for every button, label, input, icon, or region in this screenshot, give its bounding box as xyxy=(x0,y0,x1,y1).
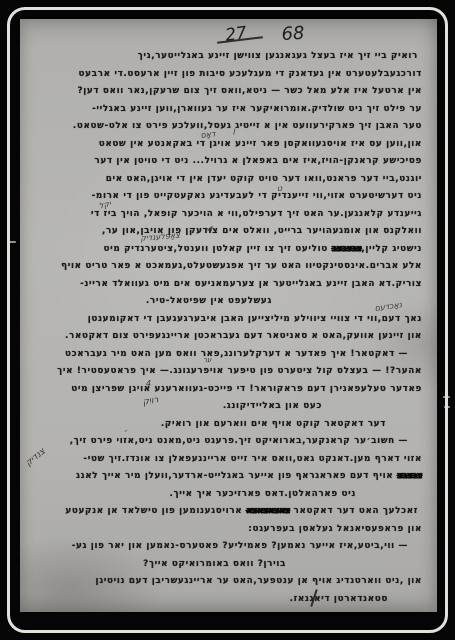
photo-scan: רואיק ביי זיך איז בעצל געגאנגען צווישן ז… xyxy=(0,0,455,640)
document-line: צוריק.דא האבן זיינע באגלייטער אן צערעמאנ… xyxy=(28,276,422,294)
document-line: און זיינען אוועק,האט א סאניטאר דעם געברא… xyxy=(28,328,422,346)
document-line: דער דאקטאר קוקט אויף אים ווארעם און רואי… xyxy=(28,416,422,434)
typed-text: — חשוב׳ער קראנקער,בארואיקט זיך.פרעגט ניט… xyxy=(70,436,408,446)
document-line: יוגנט,ביי דער פראנט,וואו דער טויט קוקט י… xyxy=(28,171,422,189)
document-line: סטאנדארטן דיאגנאז. xyxy=(28,591,422,609)
document-line: פסיכישע קראנקן-הויז,איז אים באפאלן א גרו… xyxy=(28,153,422,171)
typed-text: וואלקנס און אומגעהויער ברייט, וואלט אים … xyxy=(102,226,422,236)
typed-text: כעס און באליידיקונג. xyxy=(223,401,322,411)
typed-text: טוליעט זיך צו זיין קאלטן ווענטל,ציטערנדי… xyxy=(104,244,332,254)
typed-text: אזוי דארף מען.דאנקט גאט,וואס איר זייט אר… xyxy=(83,454,422,464)
document-line: נאך דעם,ווי די צוויי ציווילע מיליצייען ה… xyxy=(28,311,422,329)
film-mark xyxy=(443,396,450,398)
document-line: אלע אברים.אינסטינקטיוו האט ער זיך אפגעשט… xyxy=(28,258,422,276)
typed-text: דורכגעבלעטערט אין געדאנק די מעגלעכע סיבו… xyxy=(78,69,422,79)
typed-text: — ווי,ביטע,איז אייער נאמען? פאמיליע? פאט… xyxy=(72,541,408,551)
document-line: רואיק ביי זיך איז בעצל געגאנגען צווישן ז… xyxy=(28,48,422,66)
document-line: וואלקנס און אומגעהויער ברייט, וואלט אים … xyxy=(28,223,422,241)
document-line: געשלעפט אין שפיטאל-טיר. xyxy=(28,293,422,311)
typed-text: ארויסגענומען פון טישלאד אן אנקעטע xyxy=(65,506,246,516)
typed-text: אלע אברים.אינסטינקטיוו האט ער זיך אפגעשט… xyxy=(61,261,422,271)
typed-text: ניט דערשיטערט אזוי,ווי זייענדיק די לעבעד… xyxy=(92,191,422,201)
typed-text: און פראפעסיאנאל געלאסן בעפרעגט: xyxy=(248,524,422,534)
document-line: אהער?! — בעצלס קול ציטערט פון טיפער אויפ… xyxy=(28,363,422,381)
typed-text: נאך דעם,ווי די צוויי ציווילע מיליצייען ה… xyxy=(88,314,422,324)
typed-text: פסיכישע קראנקן-הויז,איז אים באפאלן א גרו… xyxy=(94,156,422,166)
document-line: ער פילט זיך ניט שולדיק.אומרואיקער איז ער… xyxy=(28,101,422,119)
document-line: אזוי דארף מען.דאנקט גאט,וואס איר זייט אר… xyxy=(28,451,422,469)
typed-over-strike: צאצאצאצא xyxy=(246,506,290,516)
document-line: דורכגעבלעטערט אין געדאנק די מעגלעכע סיבו… xyxy=(28,66,422,84)
document-line: טער האבן זיך פארקירעוועט אין א זייטיג גע… xyxy=(28,118,422,136)
document-line: בוירן? וואס באומרואיקט אייך? xyxy=(28,556,422,574)
typed-text: צוריק.דא האבן זיינע באגלייטער אן צערעמאנ… xyxy=(80,279,422,289)
typed-text: אהער?! — בעצלס קול ציטערט פון טיפער אויפ… xyxy=(57,366,422,376)
document-line: און,ווען עס איז אויסגעוואקסן פאר זיינע א… xyxy=(28,136,422,154)
typed-over-strike: צבצבצ xyxy=(397,471,422,481)
typed-text: אין ארטעל איז אלע מאל כשר — ניטא,וואס זי… xyxy=(77,86,422,96)
typed-text: — דאקטאר! איך פאדער א דערקלערונג,פאר ווא… xyxy=(65,349,408,359)
typed-text: סטאנדארטן דיאגנאז. xyxy=(290,594,388,604)
typed-text: דער דאקטאר קוקט אויף אים ווארעם און רואי… xyxy=(161,419,386,429)
film-mark xyxy=(8,241,16,243)
document-line: און ,ניט ווארטנדיג אויף אן ענטפער,האט ער… xyxy=(28,573,422,591)
document-line: ניט פארהאלטן.דאס פארזיכער איך אייך. xyxy=(28,486,422,504)
typed-text: רואיק ביי זיך איז בעצל געגאנגען צווישן ז… xyxy=(138,51,418,61)
typed-text: זאכלעך האט דער דאקטאר xyxy=(290,506,418,516)
typed-text: פאדער טעלעפאנירן דעם פראקוראר! די פייכט-… xyxy=(71,384,422,394)
document-line: — דאקטאר! איך פאדער א דערקלערונג,פאר ווא… xyxy=(28,346,422,364)
document-line: אין ארטעל איז אלע מאל כשר — ניטא,וואס זי… xyxy=(28,83,422,101)
typed-text: בוירן? וואס באומרואיקט אייך? xyxy=(143,559,286,569)
typed-text: ניט פארהאלטן.דאס פארזיכער איך אייך. xyxy=(169,489,356,499)
document-line: כעס און באליידיקונג. xyxy=(28,398,422,416)
typed-text: ער פילט זיך ניט שולדיק.אומרואיקער איז ער… xyxy=(92,104,422,114)
document-line: צבצבצ אויף דעם פאראגראף פון אייער באגליי… xyxy=(28,468,422,486)
document-lines: רואיק ביי זיך איז בעצל געגאנגען צווישן ז… xyxy=(28,48,422,608)
document-line: און פראפעסיאנאל געלאסן בעפרעגט: xyxy=(28,521,422,539)
document-line: — חשוב׳ער קראנקער,בארואיקט זיך.פרעגט ניט… xyxy=(28,433,422,451)
document-line: — ווי,ביטע,איז אייער נאמען? פאמיליע? פאט… xyxy=(28,538,422,556)
typed-over-strike: צבצבצב xyxy=(332,244,362,254)
document-line: גייענדע קלאנגען.ער האט זיך דערפילט,ווי א… xyxy=(28,206,422,224)
document-line: זאכלעך האט דער דאקטאר צאצאצאצא ארויסגענו… xyxy=(28,503,422,521)
film-mark xyxy=(444,406,450,408)
typed-text: נישטיג קליין, xyxy=(361,244,422,254)
document-line: פאדער טעלעפאנירן דעם פראקוראר! די פייכט-… xyxy=(28,381,422,399)
typed-text: געשלעפט אין שפיטאל-טיר. xyxy=(146,296,272,306)
typed-text: גייענדע קלאנגען.ער האט זיך דערפילט,ווי א… xyxy=(91,209,422,219)
typed-text: אויף דעם פאראגראף פון אייער באגלייט-ארדע… xyxy=(76,471,397,481)
typed-text: און ,ניט ווארטנדיג אויף אן ענטפער,האט ער… xyxy=(96,576,422,586)
document-page: רואיק ביי זיך איז בעצל געגאנגען צווישן ז… xyxy=(20,19,437,612)
typed-text: און זיינען אוועק,האט א סאניטאר דעם געברא… xyxy=(65,331,422,341)
document-line: נישטיג קליין,צבצבצב טוליעט זיך צו זיין ק… xyxy=(28,241,422,259)
typed-text: און,ווען עס איז אויסגעוואקסן פאר זיינע א… xyxy=(99,139,422,149)
typed-text: יוגנט,ביי דער פראנט,וואו דער טויט קוקט י… xyxy=(106,174,422,184)
typed-text: טער האבן זיך פארקירעוועט אין א זייטיג גע… xyxy=(73,121,422,131)
document-line: ניט דערשיטערט אזוי,ווי זייענדיק די לעבעד… xyxy=(28,188,422,206)
